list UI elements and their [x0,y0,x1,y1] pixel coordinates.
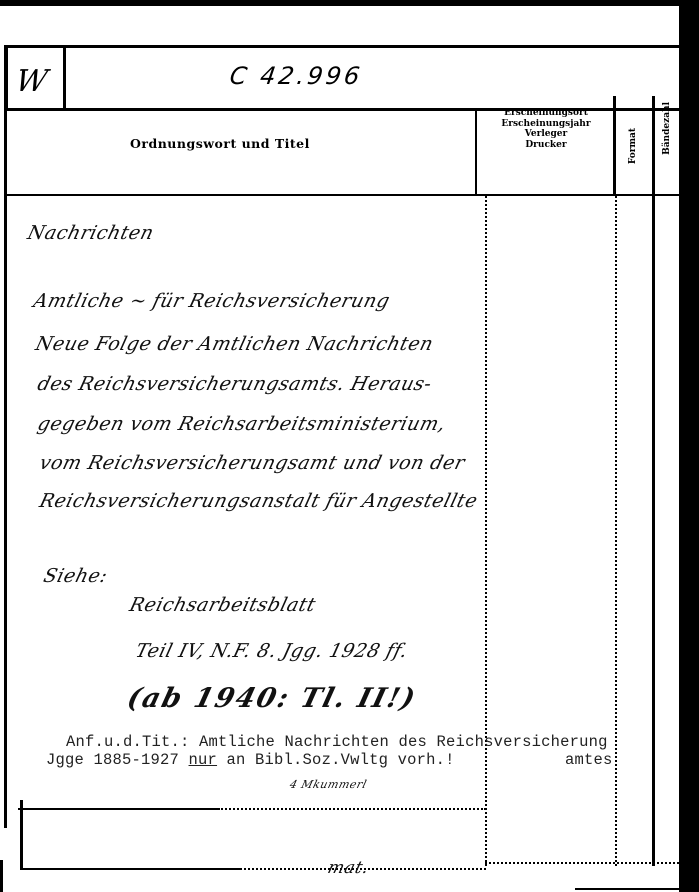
signum: W [13,64,50,99]
header-pub-place: Erscheinungsort [480,108,612,119]
header-format-column: Format [628,128,638,164]
see-label: Siehe: [41,565,110,587]
header-title-column: Ordnungswort und Titel [130,136,310,151]
entry-line: des Reichsversicherungsamts. Heraus- [35,373,434,395]
typed-note-continuation: amtes [565,751,613,769]
scan-right-edge [679,0,699,892]
call-number: C 42.996 [228,62,364,90]
header-publisher: Verleger [480,129,612,140]
typed-note-holding: an Bibl.Soz.Vwltg vorh.! [217,751,455,769]
see-reference-detail: Teil IV, N.F. 8. Jgg. 1928 ff. [133,640,410,662]
initials: 4 Mkummerl [288,778,368,791]
see-reference: Reichsarbeitsblatt [127,594,318,616]
header-publication-column: Erscheinungsort Erscheinungsjahr Verlege… [480,108,612,150]
entry-line: vom Reichsversicherungsamt und von der [37,452,467,474]
typed-note-line2: Jgge 1885-1927 nur an Bibl.Soz.Vwltg vor… [46,751,455,769]
entry-line: Amtliche ~ für Reichsversicherung [31,290,392,312]
entry-heading: Nachrichten [25,222,156,244]
typed-note-underlined: nur [189,751,218,769]
entry-line: Reichsversicherungsanstalt für Angestell… [37,490,480,512]
header-pub-year: Erscheinungsjahr [480,119,612,130]
footer-mark: mat. [326,858,371,878]
scan-top-band [0,0,679,6]
typed-note-line1: Anf.u.d.Tit.: Amtliche Nachrichten des R… [66,733,608,751]
header-printer: Drucker [480,140,612,151]
header-volumes-column: Bändezahl [662,102,672,155]
note-1940: (ab 1940: Tl. II!) [124,683,420,714]
entry-line: gegeben vom Reichsarbeitsministerium, [35,413,448,435]
entry-line: Neue Folge der Amtlichen Nachrichten [33,333,435,355]
typed-note-years: Jgge 1885-1927 [46,751,189,769]
